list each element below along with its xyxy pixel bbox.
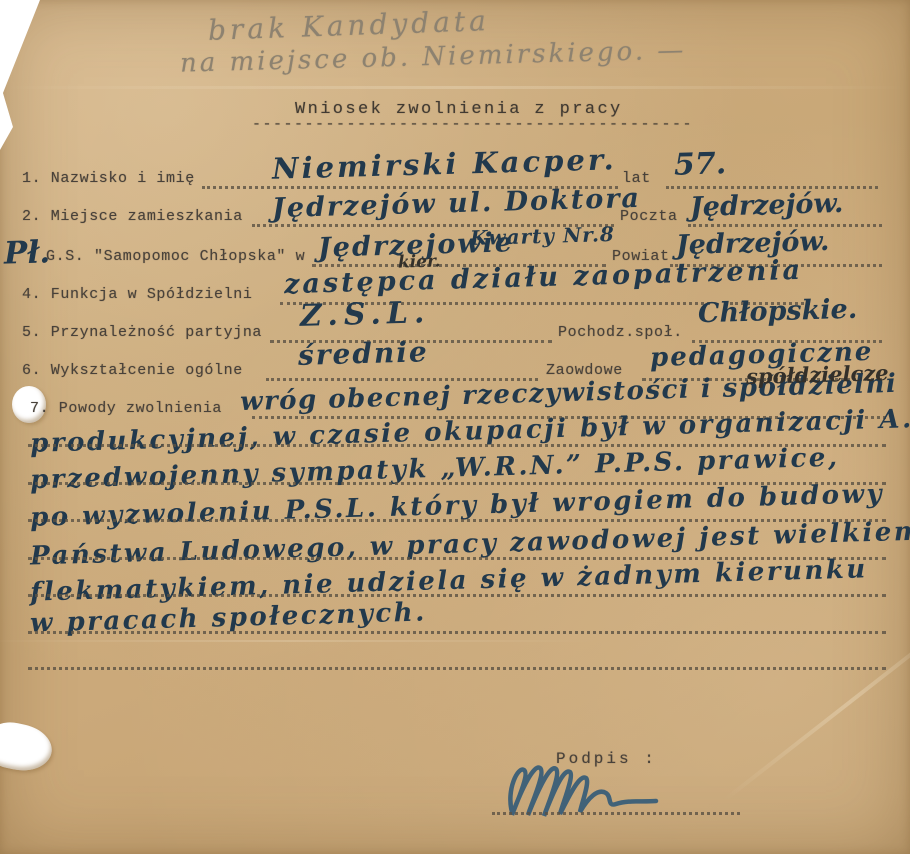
field-3-label: G.S. "Samopomoc Chłopska" w xyxy=(46,248,305,265)
reason-line: po wyzwoleniu P.S.L. który był wrogiem d… xyxy=(28,488,886,522)
paper-crease xyxy=(0,86,910,89)
field-5-handwritten-origin: Chłopskie. xyxy=(698,296,858,327)
field-7-insertion: spółdzielcze xyxy=(746,362,889,387)
field-1-handwritten-age: 57. xyxy=(674,149,727,180)
field-1-label: 1. Nazwisko i imię xyxy=(22,170,195,187)
dotted-line xyxy=(28,592,886,597)
dotted-leader xyxy=(666,184,878,189)
field-3-margin-note: Pł. xyxy=(4,237,51,269)
reason-line: flekmatykiem, nie udziela się w żadnym k… xyxy=(28,563,886,597)
field-4-label: 4. Funkcja w Spółdzielni xyxy=(22,286,252,303)
reason-line: produkcyjnej, w czasie okupacji był w or… xyxy=(28,413,886,447)
field-6-label: 6. Wykształcenie ogólne xyxy=(22,362,243,379)
scanned-document: brak Kandydata na miejsce ob. Niemirskie… xyxy=(0,0,910,861)
reason-line: Państwa Ludowego, w pracy zawodowej jest… xyxy=(28,526,886,560)
field-5-label: 5. Przynależność partyjna xyxy=(22,324,262,341)
signature-dotted-line xyxy=(492,810,740,815)
title-underline: ----------------------------------------… xyxy=(252,116,693,133)
field-5-label2: Pochodz.społ. xyxy=(558,324,683,341)
dotted-line xyxy=(28,665,886,670)
field-3-handwritten-district: Jędrzejów. xyxy=(676,228,830,259)
field-5-handwritten-value: Z.S.L. xyxy=(300,298,431,332)
reason-line: w pracach społecznych. xyxy=(28,600,886,634)
field-6-handwritten-value: średnie xyxy=(298,338,429,370)
reason-line-empty xyxy=(28,636,886,670)
field-4-insertion: kier. xyxy=(398,253,441,271)
field-2-label: 2. Miejsce zamieszkania xyxy=(22,208,243,225)
reason-line: przedwojenny sympatyk „W.R.N.” P.P.S. pr… xyxy=(28,451,886,485)
dotted-line xyxy=(28,629,886,634)
field-2-handwritten-post: Jędrzejów. xyxy=(690,190,844,221)
